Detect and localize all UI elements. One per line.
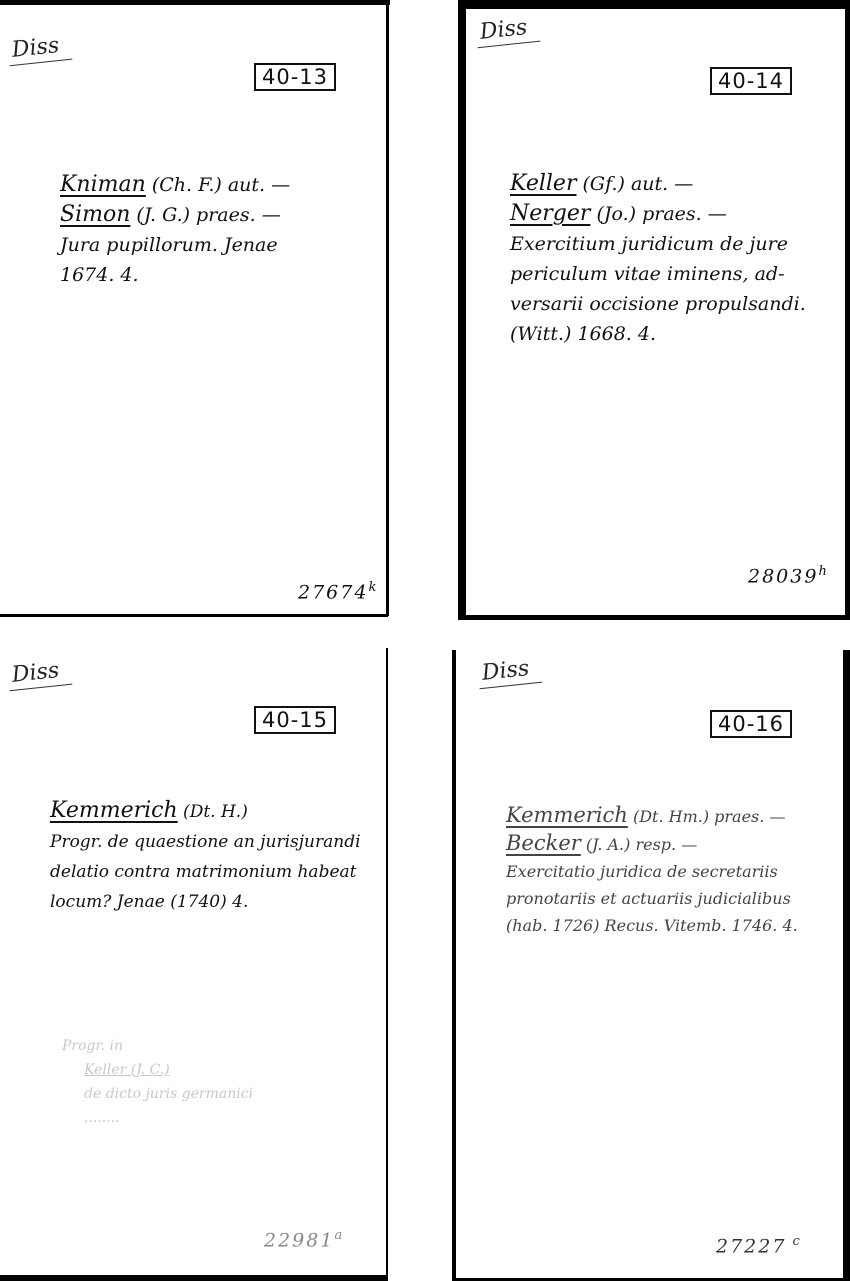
entry-line: Becker (J. A.) resp. —	[506, 830, 798, 858]
card-entry: Kniman (Ch. F.) aut. — Simon (J. G.) pra…	[60, 170, 290, 290]
entry-line: Kemmerich (Dt. Hm.) praes. —	[506, 802, 798, 830]
scan-border-right-br	[843, 650, 850, 1281]
card-signature: Diss	[7, 657, 73, 691]
entry-line: Exercitium juridicum de jure	[510, 229, 806, 259]
entry-line: (Witt.) 1668. 4.	[510, 319, 806, 349]
accession-number: 27674k	[298, 580, 378, 603]
catalog-card-2: Diss 40-14 Keller (Gf.) aut. — Nerger (J…	[466, 9, 845, 615]
card-signature: Diss	[7, 32, 73, 66]
scan-border-bottom-tl	[0, 614, 388, 617]
accession-number: 22981a	[264, 1228, 344, 1251]
entry-line: periculum vitae iminens, ad-	[510, 259, 806, 289]
catalog-card-3: Diss 40-15 Kemmerich (Dt. H.) Progr. de …	[0, 646, 386, 1275]
entry-line: Simon (J. G.) praes. —	[60, 200, 290, 230]
scan-border-top-right	[466, 0, 850, 9]
shelfmark-box: 40-13	[254, 63, 336, 91]
accession-number: 28039h	[748, 564, 829, 587]
scan-border-bottom-bl	[0, 1275, 388, 1281]
catalog-card-4: Diss 40-16 Kemmerich (Dt. Hm.) praes. — …	[456, 650, 843, 1278]
card-signature: Diss	[477, 655, 543, 689]
catalog-card-1: Diss 40-13 Kniman (Ch. F.) aut. — Simon …	[0, 5, 386, 614]
shelfmark-box: 40-15	[254, 706, 336, 734]
entry-line: Exercitatio juridica de secretariis	[506, 858, 798, 885]
faded-erased-note: Progr. in Keller (J. C.) de dicto juris …	[62, 1034, 253, 1130]
card-signature: Diss	[475, 14, 541, 48]
scan-border-right-tl	[386, 0, 389, 616]
entry-line: versarii occisione propulsandi.	[510, 289, 806, 319]
entry-line: (hab. 1726) Recus. Vitemb. 1746. 4.	[506, 912, 798, 939]
entry-line: Kniman (Ch. F.) aut. —	[60, 170, 290, 200]
shelfmark-box: 40-16	[710, 710, 792, 738]
card-entry: Keller (Gf.) aut. — Nerger (Jo.) praes. …	[510, 169, 806, 349]
entry-line: Jura pupillorum. Jenae	[60, 230, 290, 260]
entry-line: pronotariis et actuariis judicialibus	[506, 885, 798, 912]
entry-line: locum? Jenae (1740) 4.	[50, 887, 361, 917]
accession-number: 27227c	[716, 1234, 802, 1257]
scan-border-left-tr	[458, 0, 466, 620]
scan-border-right-bl	[386, 648, 388, 1281]
entry-line: delatio contra matrimonium habeat	[50, 857, 361, 887]
entry-line: Keller (Gf.) aut. —	[510, 169, 806, 199]
scan-border-bottom-tr	[458, 615, 850, 620]
entry-line: Nerger (Jo.) praes. —	[510, 199, 806, 229]
entry-line: 1674. 4.	[60, 260, 290, 290]
entry-line: Kemmerich (Dt. H.)	[50, 796, 361, 827]
card-entry: Kemmerich (Dt. Hm.) praes. — Becker (J. …	[506, 802, 798, 939]
entry-line: Progr. de quaestione an jurisjurandi	[50, 827, 361, 857]
scan-border-right-tr	[845, 0, 850, 620]
card-entry: Kemmerich (Dt. H.) Progr. de quaestione …	[50, 796, 361, 917]
shelfmark-box: 40-14	[710, 67, 792, 95]
